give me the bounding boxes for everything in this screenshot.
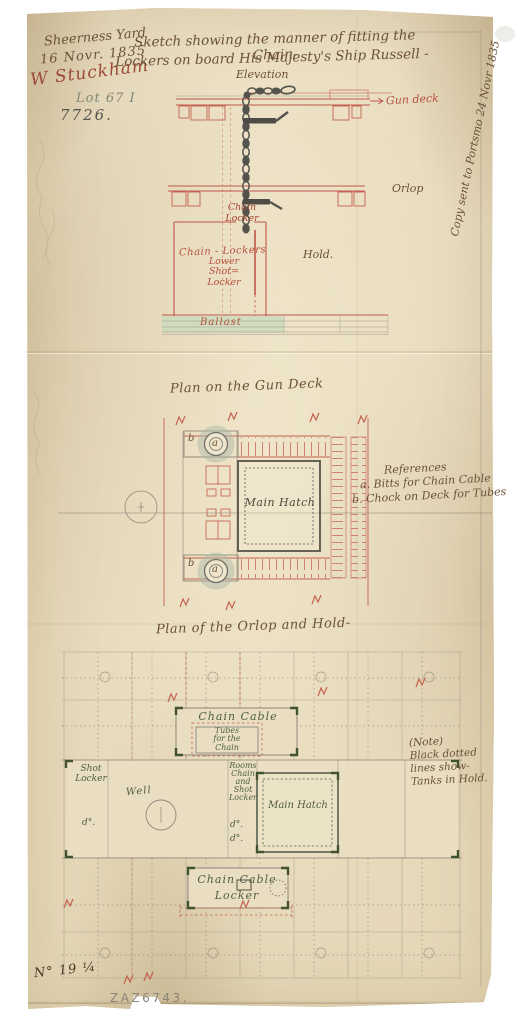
orlop-plan-drawing: [62, 652, 462, 984]
register-number-pencil: 7726.: [60, 107, 113, 124]
scanned-drawing-page: Sheerness Yard 16 Novr. 1835 W Stuckham …: [0, 0, 518, 1024]
bitt-letter-top: a: [212, 438, 218, 450]
bitt-letter-bottom: a: [212, 564, 218, 576]
main-hatch-label-gun-deck: Main Hatch: [244, 497, 316, 510]
gun-deck-plan-drawing: [58, 412, 492, 610]
ballast-label: Ballast: [200, 317, 242, 329]
chock-letter-bottom: b: [188, 558, 194, 570]
ditto-mark-left: d°.: [82, 818, 95, 828]
drawing-linework: [0, 0, 518, 1024]
lower-shot-locker-label: Lower Shot= Locker: [196, 257, 252, 288]
hold-label: Hold.: [303, 249, 333, 262]
chain-cable-locker-label: Chain Cable Locker: [184, 872, 290, 904]
chock-letter-top: b: [188, 433, 194, 445]
tubes-for-chain-label: Tubes for the Chain: [196, 727, 258, 752]
ditto-marks-right: d°. d°.: [230, 818, 243, 847]
well-label: Well: [126, 785, 153, 799]
orlop-label: Orlop: [392, 183, 423, 196]
tanks-note: (Note) Black dotted lines show- Tanks in…: [409, 733, 488, 789]
elevation-view-label: Elevation: [236, 69, 288, 82]
chain-cable-label: Chain Cable: [180, 711, 296, 724]
lot-number-pencil: Lot 67 I: [76, 92, 136, 107]
rooms-chain-shot-locker-label: Rooms Chain and Shot Locker: [226, 762, 260, 802]
shot-locker-label: Shot Locker: [72, 764, 110, 785]
archive-stamp: ZAZ6743.: [110, 992, 189, 1006]
main-hatch-label-orlop: Main Hatch: [258, 800, 338, 812]
main-hatch-orlop: [257, 773, 338, 852]
chain-locker-label-elevation: Chain Locker: [220, 203, 264, 225]
